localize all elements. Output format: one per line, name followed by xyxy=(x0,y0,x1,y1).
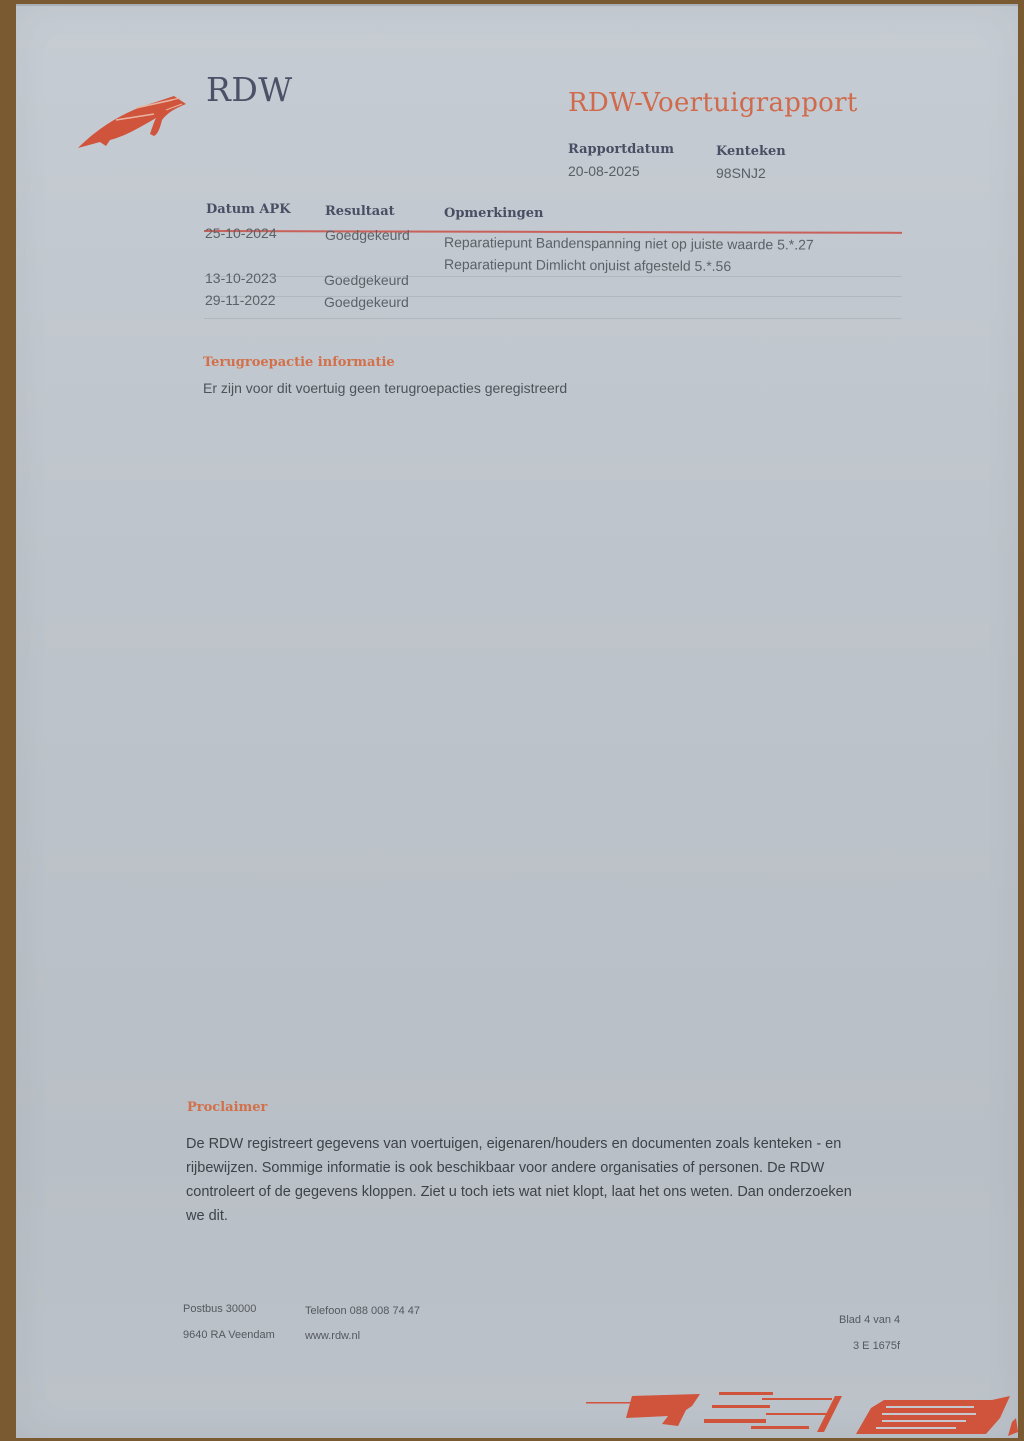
footer-postbus: Postbus 30000 xyxy=(183,1303,256,1315)
row-divider xyxy=(204,296,902,297)
proclaimer-line: rijbewijzen. Sommige informatie is ook b… xyxy=(186,1156,906,1180)
footer-website: www.rdw.nl xyxy=(305,1330,360,1342)
footer-page-number: Blad 4 van 4 xyxy=(839,1314,900,1326)
report-title: RDW-Voertuigrapport xyxy=(568,88,858,118)
column-header-resultaat: Resultaat xyxy=(325,204,395,219)
rdw-feather-logo-icon xyxy=(76,90,191,152)
proclaimer-title: Proclaimer xyxy=(187,1100,267,1115)
footer-telefoon: Telefoon 088 008 74 47 xyxy=(305,1305,420,1317)
row-divider xyxy=(204,276,902,277)
proclaimer-line: De RDW registreert gegevens van voertuig… xyxy=(186,1132,906,1156)
table-header-rule xyxy=(204,230,902,234)
apk-result: Goedgekeurd xyxy=(325,227,410,243)
column-header-datum: Datum APK xyxy=(206,202,291,217)
proclaimer-text: De RDW registreert gegevens van voertuig… xyxy=(186,1132,906,1228)
recall-section-title: Terugroepactie informatie xyxy=(203,355,395,370)
rdw-bottom-stripe-mark-icon xyxy=(586,1388,1020,1440)
recall-text: Er zijn voor dit voertuig geen terugroep… xyxy=(203,380,567,396)
rapportdatum-label: Rapportdatum xyxy=(568,142,674,157)
apk-date: 25-10-2024 xyxy=(205,225,277,241)
kenteken-label: Kenteken xyxy=(716,144,786,159)
kenteken-value: 98SNJ2 xyxy=(716,165,766,181)
proclaimer-line: controleert of de gegevens kloppen. Ziet… xyxy=(186,1180,906,1204)
logo-wordmark: RDW xyxy=(206,70,293,109)
apk-remark: Reparatiepunt Bandenspanning niet op jui… xyxy=(444,234,814,253)
apk-result: Goedgekeurd xyxy=(324,294,409,310)
document-page: RDW RDW-Voertuigrapport Rapportdatum 20-… xyxy=(16,4,1018,1438)
apk-date: 29-11-2022 xyxy=(205,292,276,308)
column-header-opmerkingen: Opmerkingen xyxy=(444,206,544,221)
apk-result: Goedgekeurd xyxy=(324,272,409,288)
footer-code: 3 E 1675f xyxy=(853,1340,900,1352)
row-divider xyxy=(204,318,902,319)
footer-city: 9640 RA Veendam xyxy=(183,1329,275,1341)
proclaimer-line: we dit. xyxy=(186,1204,906,1228)
apk-remark: Reparatiepunt Dimlicht onjuist afgesteld… xyxy=(444,256,731,274)
apk-date: 13-10-2023 xyxy=(205,270,277,286)
rapportdatum-value: 20-08-2025 xyxy=(568,163,640,179)
